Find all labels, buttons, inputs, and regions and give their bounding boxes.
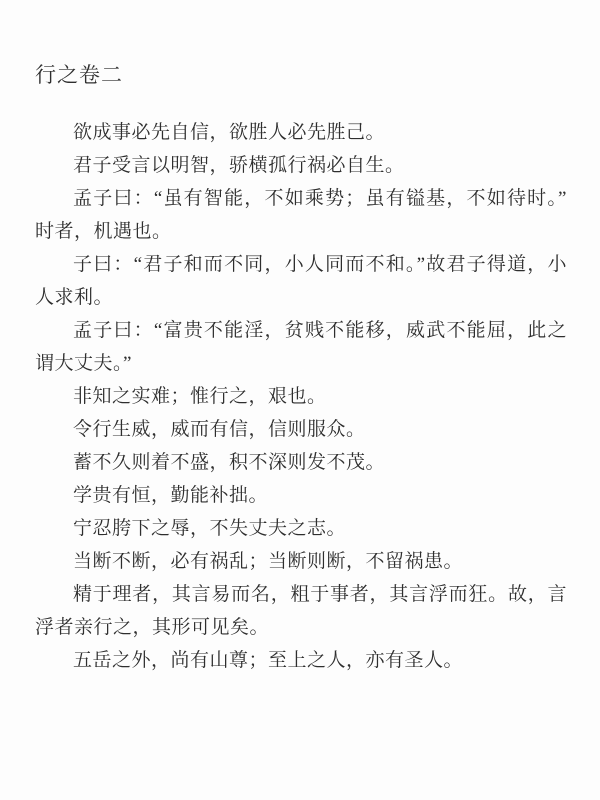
paragraph: 孟子曰：“富贵不能淫，贫贱不能移，威武不能屈，此之谓大丈夫。”: [35, 314, 567, 380]
page-title: 行之卷二: [35, 62, 567, 88]
paragraph: 学贵有恒，勤能补拙。: [35, 479, 567, 512]
paragraph: 宁忍胯下之辱，不失丈夫之志。: [35, 512, 567, 545]
paragraph: 君子受言以明智，骄横孤行祸必自生。: [35, 149, 567, 182]
paragraph: 欲成事必先自信，欲胜人必先胜己。: [35, 116, 567, 149]
paragraph: 蓄不久则着不盛，积不深则发不茂。: [35, 446, 567, 479]
paragraph: 精于理者，其言易而名，粗于事者，其言浮而狂。故，言浮者亲行之，其形可见矣。: [35, 578, 567, 644]
paragraph: 子曰：“君子和而不同，小人同而不和。”故君子得道，小人求利。: [35, 248, 567, 314]
paragraph: 孟子曰：“虽有智能，不如乘势；虽有镒基，不如待时。”时者，机遇也。: [35, 182, 567, 248]
paragraph: 令行生威，威而有信，信则服众。: [35, 413, 567, 446]
document-page: 行之卷二 欲成事必先自信，欲胜人必先胜己。 君子受言以明智，骄横孤行祸必自生。 …: [0, 0, 600, 800]
text-body: 欲成事必先自信，欲胜人必先胜己。 君子受言以明智，骄横孤行祸必自生。 孟子曰：“…: [35, 116, 567, 677]
paragraph: 五岳之外，尚有山尊；至上之人，亦有圣人。: [35, 644, 567, 677]
paragraph: 当断不断，必有祸乱；当断则断，不留祸患。: [35, 545, 567, 578]
paragraph: 非知之实难；惟行之，艰也。: [35, 380, 567, 413]
